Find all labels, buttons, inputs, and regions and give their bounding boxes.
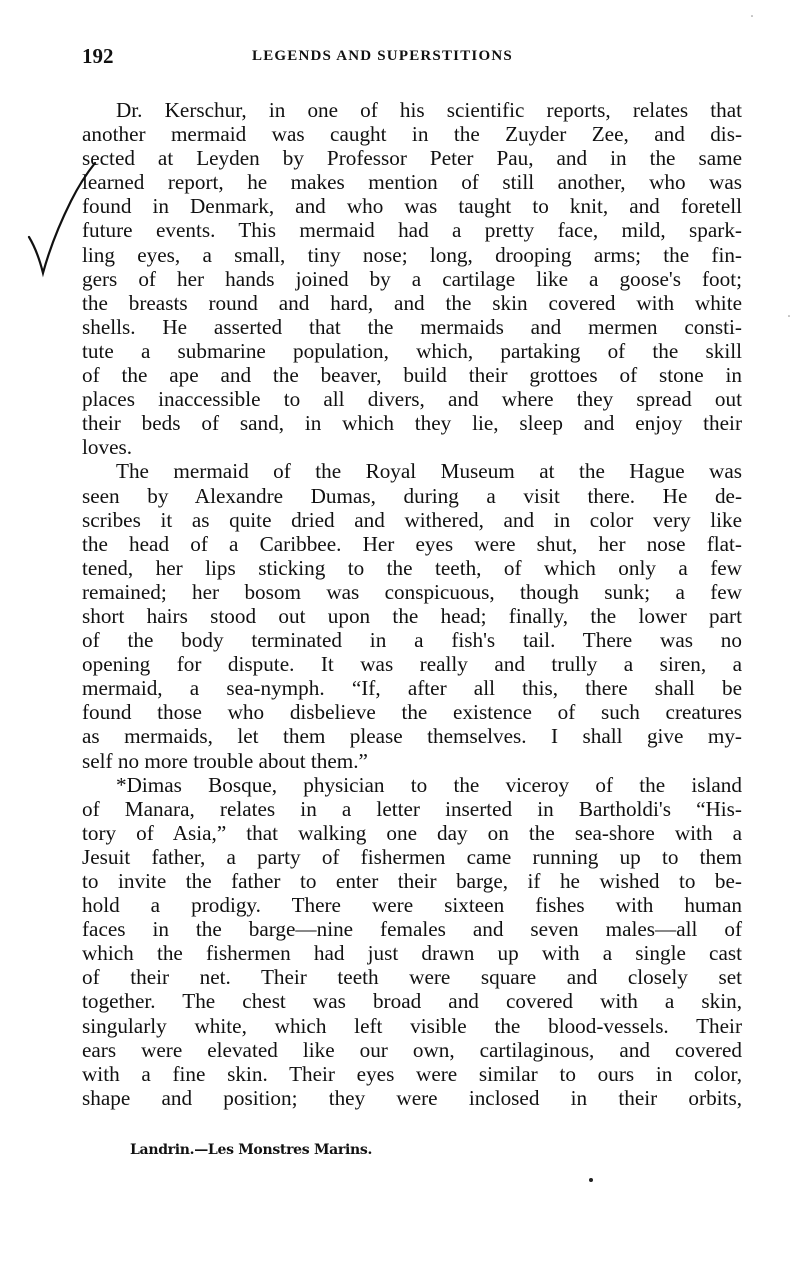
text-line: of Manara, relates in a letter inserted … <box>82 797 742 821</box>
text-line: found those who disbelieve the existence… <box>82 700 742 724</box>
book-page: 192 LEGENDS AND SUPERSTITIONS Dr. Kersch… <box>0 0 795 1273</box>
text-line: *Dimas Bosque, physician to the viceroy … <box>82 773 742 797</box>
text-line: future events. This mermaid had a pretty… <box>82 218 742 242</box>
text-line: which the fishermen had just drawn up wi… <box>82 941 742 965</box>
body-text: Dr. Kerschur, in one of his scientific r… <box>82 98 742 1110</box>
text-line: Jesuit father, a party of fishermen came… <box>82 845 742 869</box>
text-line: scribes it as quite dried and withered, … <box>82 508 742 532</box>
text-line: mermaid, a sea-nymph. “If, after all thi… <box>82 676 742 700</box>
text-line: their beds of sand, in which they lie, s… <box>82 411 742 435</box>
paragraph-3: *Dimas Bosque, physician to the viceroy … <box>82 773 742 1110</box>
text-line: hold a prodigy. There were sixteen fishe… <box>82 893 742 917</box>
text-line: Dr. Kerschur, in one of his scientific r… <box>82 98 742 122</box>
text-line: the breasts round and hard, and the skin… <box>82 291 742 315</box>
running-head: 192 LEGENDS AND SUPERSTITIONS <box>82 44 742 74</box>
paragraph-2: The mermaid of the Royal Museum at the H… <box>82 459 742 772</box>
text-line: found in Denmark, and who was taught to … <box>82 194 742 218</box>
text-line: learned report, he makes mention of stil… <box>82 170 742 194</box>
text-line: loves. <box>82 435 742 459</box>
text-line: the head of a Caribbee. Her eyes were sh… <box>82 532 742 556</box>
text-line: together. The chest was broad and covere… <box>82 989 742 1013</box>
text-line: self no more trouble about them.” <box>82 749 742 773</box>
text-line: as mermaids, let them please themselves.… <box>82 724 742 748</box>
text-line: tened, her lips sticking to the teeth, o… <box>82 556 742 580</box>
text-line: with a fine skin. Their eyes were simila… <box>82 1062 742 1086</box>
text-line: of their net. Their teeth were square an… <box>82 965 742 989</box>
text-line: singularly white, which left visible the… <box>82 1014 742 1038</box>
text-line: of the ape and the beaver, build their g… <box>82 363 742 387</box>
text-line: remained; her bosom was conspicuous, tho… <box>82 580 742 604</box>
text-line: short hairs stood out upon the head; fin… <box>82 604 742 628</box>
running-title: LEGENDS AND SUPERSTITIONS <box>252 48 513 65</box>
page-number: 192 <box>82 44 114 69</box>
text-line: faces in the barge—nine females and seve… <box>82 917 742 941</box>
text-line: places inaccessible to all divers, and w… <box>82 387 742 411</box>
text-line: another mermaid was caught in the Zuyder… <box>82 122 742 146</box>
text-line: opening for dispute. It was really and t… <box>82 652 742 676</box>
text-line: The mermaid of the Royal Museum at the H… <box>82 459 742 483</box>
paragraph-1: Dr. Kerschur, in one of his scientific r… <box>82 98 742 459</box>
text-line: ling eyes, a small, tiny nose; long, dro… <box>82 243 742 267</box>
text-line: shells. He asserted that the mermaids an… <box>82 315 742 339</box>
text-line: gers of her hands joined by a cartilage … <box>82 267 742 291</box>
text-line: of the body terminated in a fish's tail.… <box>82 628 742 652</box>
text-line: shape and position; they were inclosed i… <box>82 1086 742 1110</box>
text-line: tory of Asia,” that walking one day on t… <box>82 821 742 845</box>
text-line: tute a submarine population, which, part… <box>82 339 742 363</box>
text-line: sected at Leyden by Professor Peter Pau,… <box>82 146 742 170</box>
text-line: seen by Alexandre Dumas, during a visit … <box>82 484 742 508</box>
text-line: ears were elevated like our own, cartila… <box>82 1038 742 1062</box>
footnote: Landrin.—Les Monstres Marins. <box>130 1142 372 1158</box>
text-line: to invite the father to enter their barg… <box>82 869 742 893</box>
